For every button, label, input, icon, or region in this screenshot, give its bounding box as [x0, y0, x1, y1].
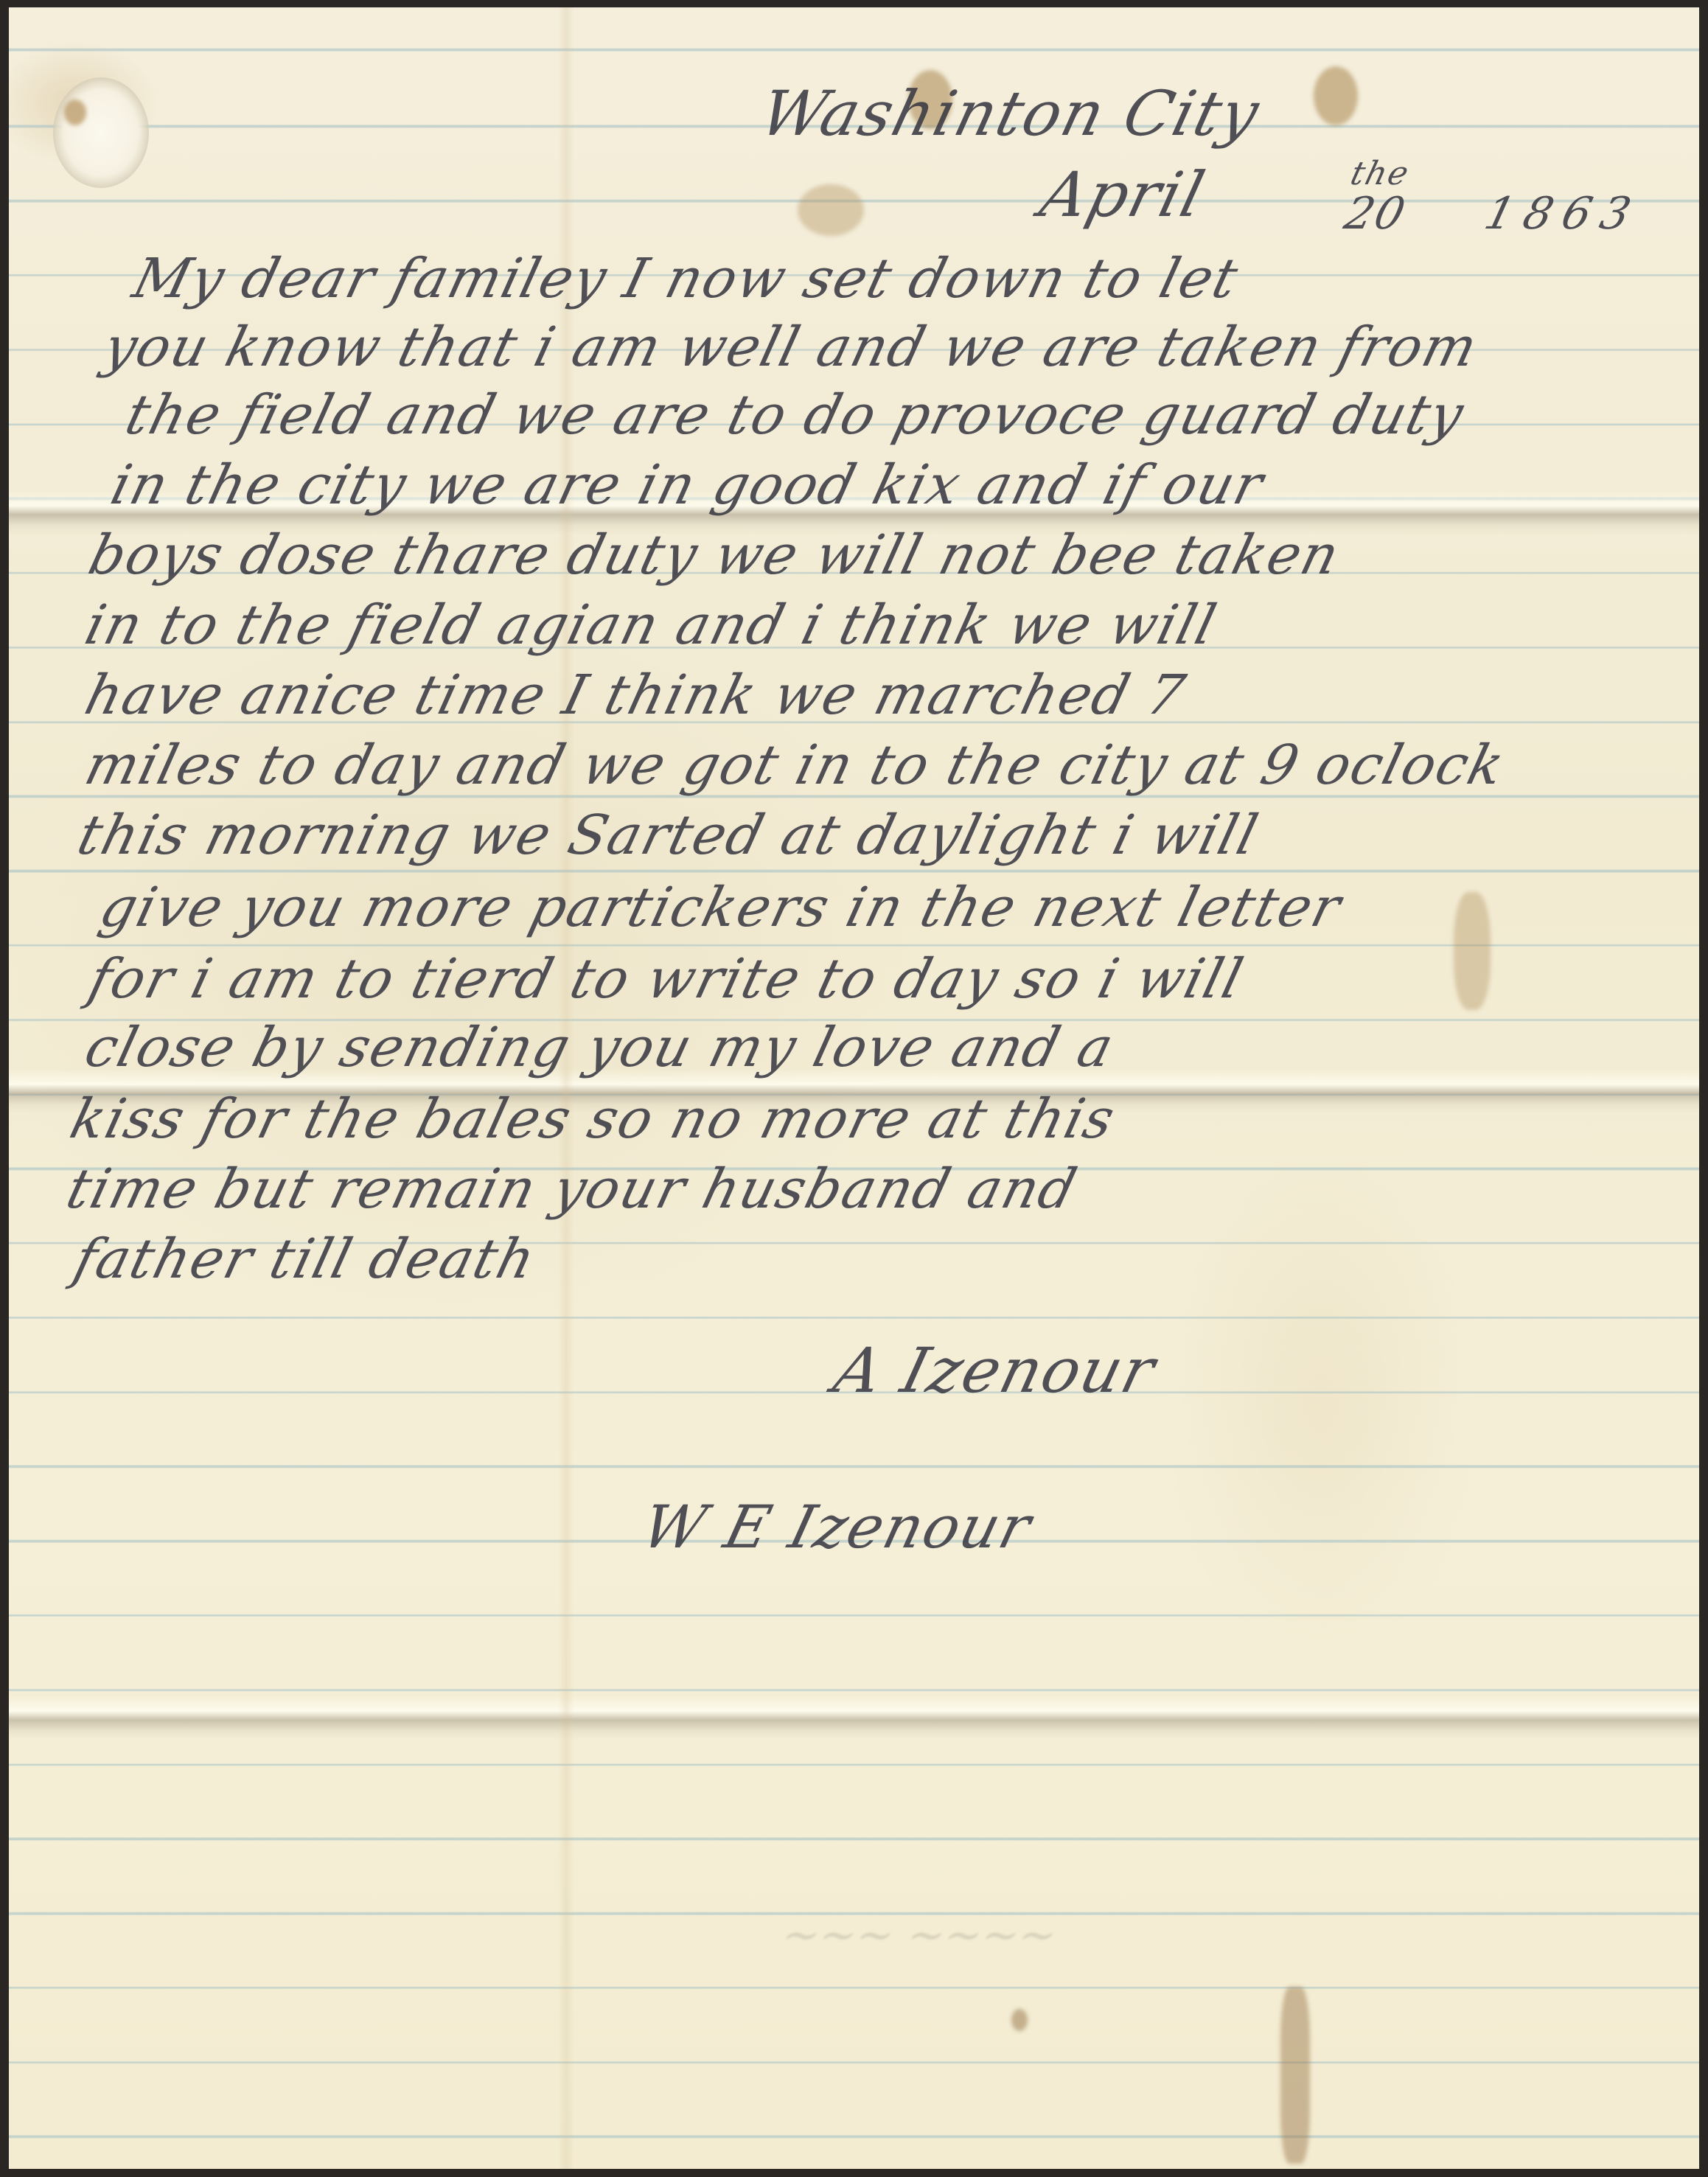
letter-line: miles to day and we got in to the city a… [79, 734, 1511, 797]
letter-line: have anice time I think we marched 7 [79, 663, 1192, 727]
letter-line: boys dose thare duty we will not bee tak… [83, 523, 1347, 587]
letter-line: give you more partickers in the next let… [94, 876, 1348, 939]
ink-stain [798, 184, 864, 236]
bleed-through-text: ~~~ ~~~~ [776, 1909, 1062, 1961]
letter-page: ​ ~~~ ~~~~ Washinton City April the 20 1… [9, 7, 1699, 2169]
secondary-signature: W E Izenour [635, 1493, 1039, 1561]
letter-line: kiss for the bales so no more at this [64, 1087, 1122, 1151]
letter-line: for i am to tierd to write to day so i w… [83, 947, 1250, 1011]
letter-date-year: 1863 [1479, 188, 1646, 240]
letter-line: father till death [68, 1227, 543, 1291]
ink-stain [64, 100, 86, 125]
letter-place: Washinton City [753, 77, 1267, 150]
letter-line: close by sending you my love and a [79, 1016, 1120, 1079]
ink-stain [1454, 892, 1491, 1010]
fold-crease-lower [9, 1696, 1699, 1740]
embossed-seal [53, 77, 149, 188]
drip-stain [1280, 1987, 1310, 2164]
letter-line: time but remain your husband and [60, 1157, 1084, 1221]
letter-line: in the city we are in good kix and if ou… [105, 453, 1270, 517]
letter-line: you know that i am well and we are taken… [97, 316, 1485, 379]
ink-stain [1314, 66, 1358, 125]
letter-line: in to the field agian and i think we wil… [79, 593, 1224, 657]
ink-stain [1011, 2009, 1028, 2031]
signature: A Izenour [827, 1334, 1163, 1407]
letter-line: the field and we are to do provoce guard… [119, 383, 1471, 447]
letter-line: this morning we Sarted at daylight i wil… [72, 804, 1265, 867]
letter-date-month: April [1033, 159, 1213, 231]
letter-line: My dear familey I now set down to let [127, 247, 1245, 310]
letter-date-suffix: the [1347, 155, 1414, 192]
